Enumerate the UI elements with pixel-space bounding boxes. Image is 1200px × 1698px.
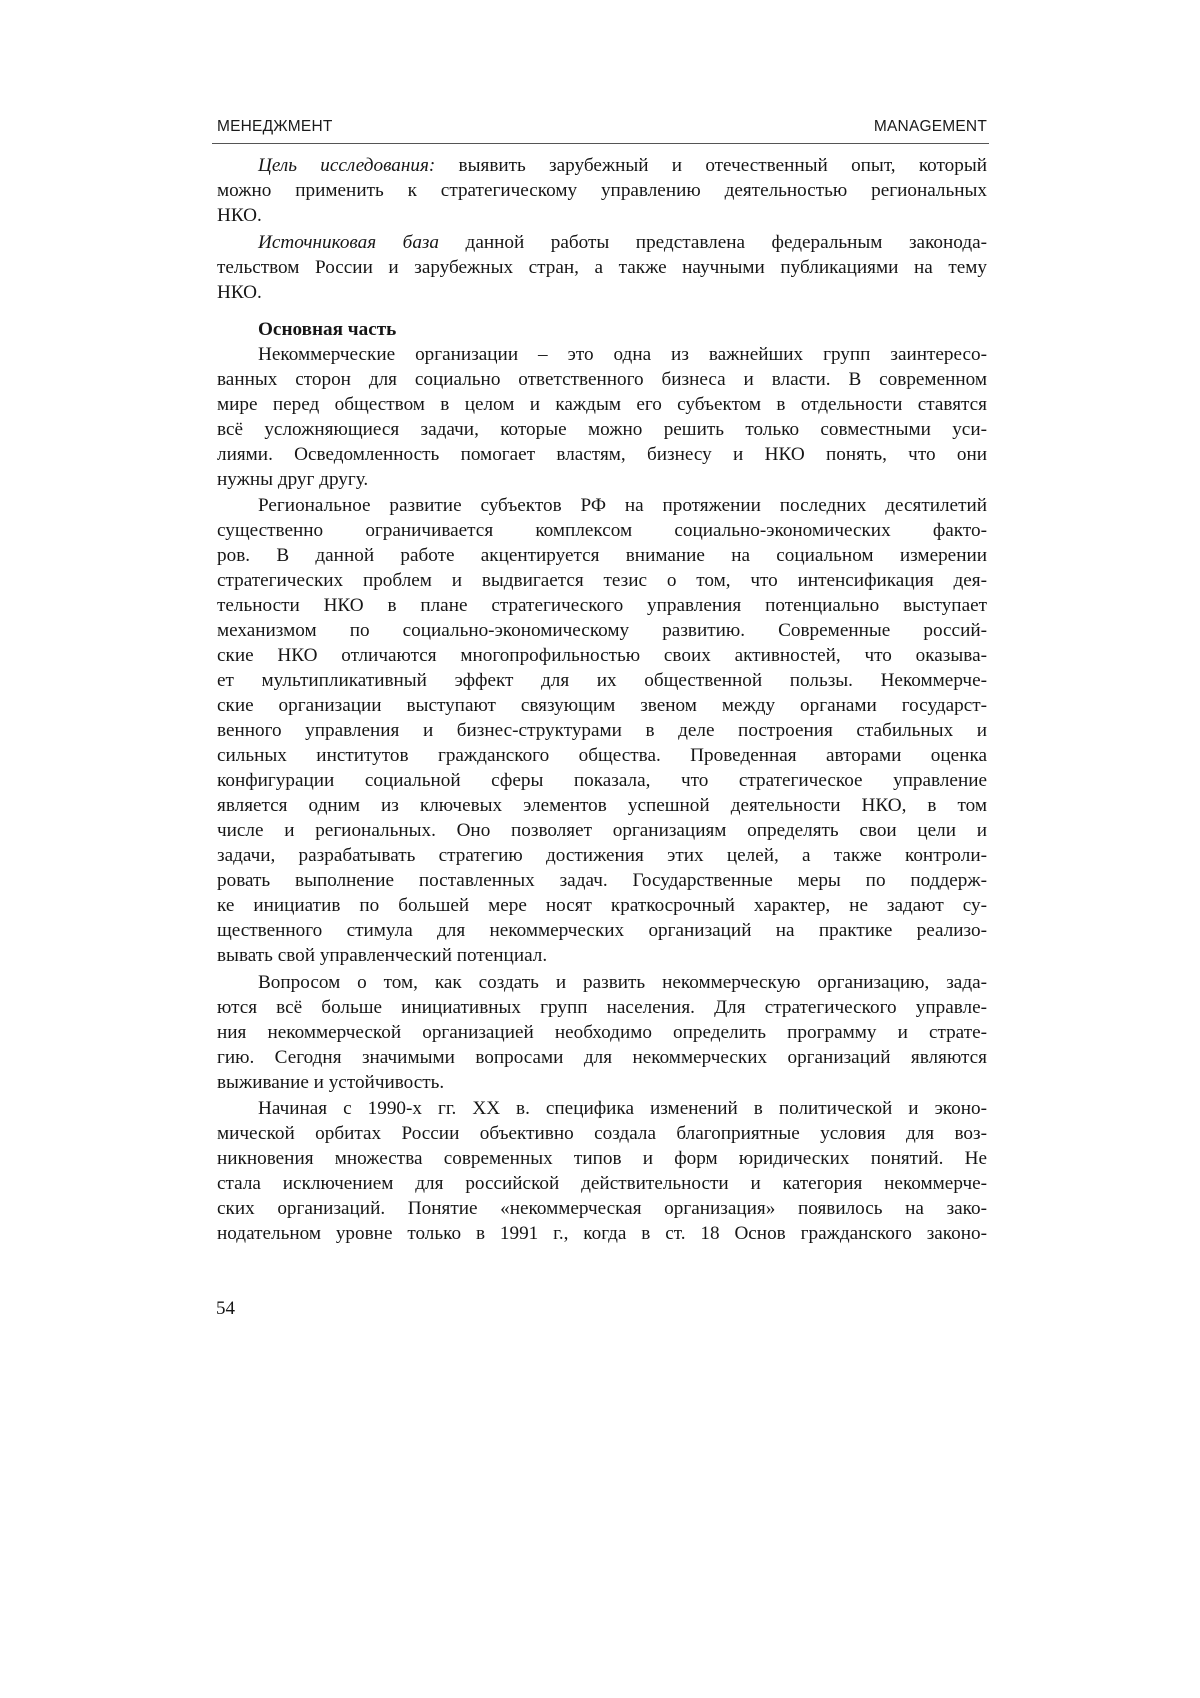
text-line: можно применить к стратегическому управл… — [217, 178, 987, 203]
text-line: числе и региональных. Оно позволяет орга… — [217, 818, 987, 843]
paragraph: Региональное развитие субъектов РФ на пр… — [217, 493, 987, 968]
text-line: гию. Сегодня значимыми вопросами для нек… — [217, 1045, 987, 1070]
text-line: ванных сторон для социально ответственно… — [217, 367, 987, 392]
text-line: является одним из ключевых элементов усп… — [217, 793, 987, 818]
text-line: НКО. — [217, 203, 987, 228]
text-line: щественного стимула для некоммерческих о… — [217, 918, 987, 943]
text-line: вывать свой управленческий потенциал. — [217, 943, 987, 968]
text-line: всё усложняющиеся задачи, которые можно … — [217, 417, 987, 442]
section-heading: Основная часть — [217, 317, 987, 342]
text-line: стратегических проблем и выдвигается тез… — [217, 568, 987, 593]
text-line: ские организации выступают связующим зве… — [217, 693, 987, 718]
text-line: ских организаций. Понятие «некоммерческа… — [217, 1196, 987, 1221]
text-fragment: выявить зарубежный и отечественный опыт,… — [435, 155, 987, 176]
text-line: выживание и устойчивость. — [217, 1070, 987, 1095]
text-line: сильных институтов гражданского общества… — [217, 743, 987, 768]
text-line: нужны друг другу. — [217, 467, 987, 492]
body-text: Цель исследования: выявить зарубежный и … — [217, 153, 987, 1248]
paragraph-source-base: Источниковая база данной работы представ… — [217, 230, 987, 305]
paragraph: Начиная с 1990-х гг. XX в. специфика изм… — [217, 1096, 987, 1246]
text-line: стала исключением для российской действи… — [217, 1171, 987, 1196]
text-line: Вопросом о том, как создать и развить не… — [217, 970, 987, 995]
text-line: мической орбитах России объективно созда… — [217, 1121, 987, 1146]
text-line: ские НКО отличаются многопрофильностью с… — [217, 643, 987, 668]
text-line: Цель исследования: выявить зарубежный и … — [217, 153, 987, 178]
text-line: Региональное развитие субъектов РФ на пр… — [217, 493, 987, 518]
text-line: лиями. Осведомленность помогает властям,… — [217, 442, 987, 467]
text-line: венного управления и бизнес-структурами … — [217, 718, 987, 743]
text-line: нодательном уровне только в 1991 г., ког… — [217, 1221, 987, 1246]
text-line: механизмом по социально-экономическому р… — [217, 618, 987, 643]
text-line: Начиная с 1990-х гг. XX в. специфика изм… — [217, 1096, 987, 1121]
text-line: ровать выполнение поставленных задач. Го… — [217, 868, 987, 893]
running-head-right: MANAGEMENT — [874, 118, 987, 136]
text-line: Источниковая база данной работы представ… — [217, 230, 987, 255]
paragraph: Вопросом о том, как создать и развить не… — [217, 970, 987, 1095]
research-goal-label: Цель исследования: — [258, 155, 435, 176]
text-line: Некоммерческие организации – это одна из… — [217, 342, 987, 367]
running-head-left: МЕНЕДЖМЕНТ — [217, 118, 333, 136]
text-line: ются всё больше инициативных групп насел… — [217, 995, 987, 1020]
running-header: МЕНЕДЖМЕНТ MANAGEMENT — [217, 118, 987, 140]
text-line: ров. В данной работе акцентируется внима… — [217, 543, 987, 568]
text-line: существенно ограничивается комплексом со… — [217, 518, 987, 543]
text-line: тельности НКО в плане стратегического уп… — [217, 593, 987, 618]
text-line: задачи, разрабатывать стратегию достижен… — [217, 843, 987, 868]
text-line: тельством России и зарубежных стран, а т… — [217, 255, 987, 280]
source-base-label: Источниковая база — [258, 232, 439, 253]
page-number: 54 — [216, 1298, 235, 1320]
paragraph: Некоммерческие организации – это одна из… — [217, 342, 987, 492]
text-line: никновения множества современных типов и… — [217, 1146, 987, 1171]
document-page: МЕНЕДЖМЕНТ MANAGEMENT Цель исследования:… — [0, 0, 1200, 1698]
text-line: конфигурации социальной сферы показала, … — [217, 768, 987, 793]
text-line: НКО. — [217, 280, 987, 305]
paragraph-research-goal: Цель исследования: выявить зарубежный и … — [217, 153, 987, 228]
text-line: мире перед обществом в целом и каждым ег… — [217, 392, 987, 417]
text-fragment: данной работы представлена федеральным з… — [439, 232, 987, 253]
header-rule — [212, 143, 989, 144]
text-line: ке инициатив по большей мере носят кратк… — [217, 893, 987, 918]
text-line: ет мультипликативный эффект для их общес… — [217, 668, 987, 693]
text-line: ния некоммерческой организацией необходи… — [217, 1020, 987, 1045]
